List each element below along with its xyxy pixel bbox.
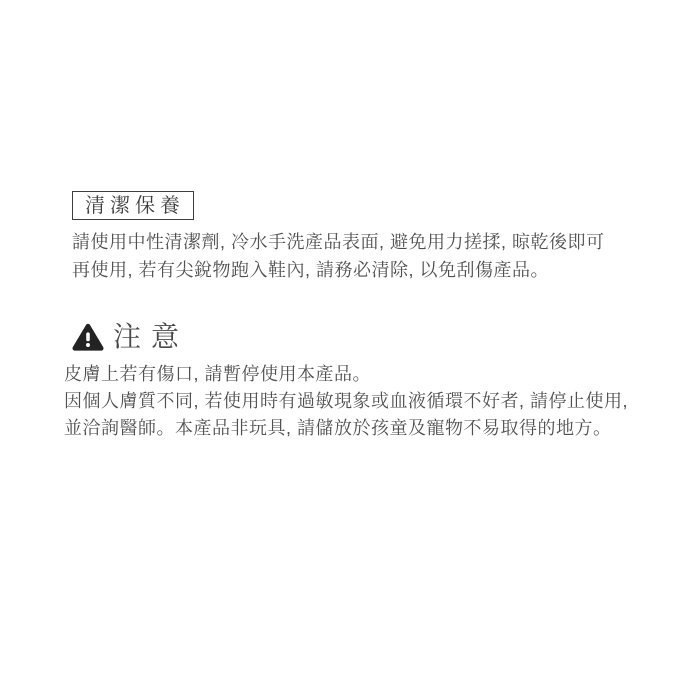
cleaning-section-title: 清潔保養 xyxy=(85,196,185,216)
care-instructions-page: 清潔保養 請使用中性清潔劑, 冷水手洗產品表面, 避免用力搓揉, 晾乾後即可 再… xyxy=(0,0,700,700)
warning-instructions-line-3: 並洽詢醫師。本產品非玩具, 請儲放於孩童及寵物不易取得的地方。 xyxy=(64,415,628,442)
warning-header: 注意 xyxy=(72,320,189,354)
warning-instructions-line-2: 因個人膚質不同, 若使用時有過敏現象或血液循環不好者, 請停止使用, xyxy=(64,388,628,415)
cleaning-instructions-paragraph: 請使用中性清潔劑, 冷水手洗產品表面, 避免用力搓揉, 晾乾後即可 再使用, 若… xyxy=(72,228,605,284)
cleaning-instructions-line-1: 請使用中性清潔劑, 冷水手洗產品表面, 避免用力搓揉, 晾乾後即可 xyxy=(72,228,605,256)
cleaning-section-title-box: 清潔保養 xyxy=(72,191,194,220)
cleaning-instructions-line-2: 再使用, 若有尖銳物跑入鞋內, 請務必清除, 以免刮傷產品。 xyxy=(72,256,605,284)
warning-section-title: 注意 xyxy=(113,323,189,351)
warning-triangle-icon xyxy=(72,323,104,352)
warning-instructions-paragraph: 皮膚上若有傷口, 請暫停使用本產品。 因個人膚質不同, 若使用時有過敏現象或血液… xyxy=(64,361,628,442)
warning-instructions-line-1: 皮膚上若有傷口, 請暫停使用本產品。 xyxy=(64,361,628,388)
